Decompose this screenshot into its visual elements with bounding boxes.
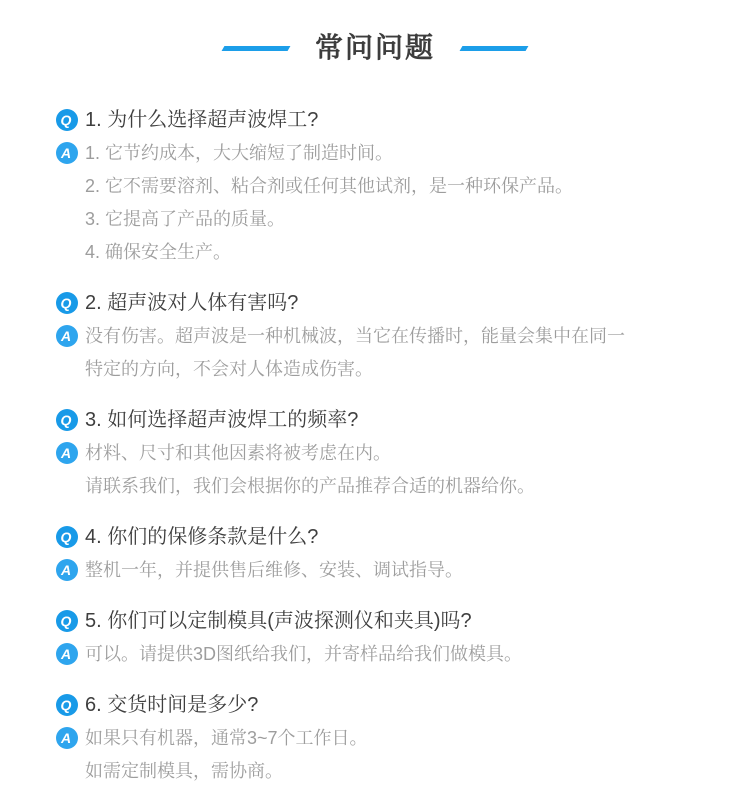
answer-text: 2. 它不需要溶剂、粘合剂或任何其他试剂，是一种环保产品。 [85,170,573,203]
faq-page: 常问问题 Q 1. 为什么选择超声波焊工? A 1. 它节约成本，大大缩短了制造… [0,0,750,806]
a-badge-icon: A [56,442,78,464]
a-badge-icon: A [56,643,78,665]
answer-text: 材料、尺寸和其他因素将被考虑在内。 [85,437,391,470]
question-row: Q 5. 你们可以定制模具(声波探测仪和夹具)吗? [56,605,710,638]
answer-text: 如需定制模具，需协商。 [85,755,283,788]
question-row: Q 4. 你们的保修条款是什么? [56,521,710,554]
faq-item: Q 4. 你们的保修条款是什么? A 整机一年，并提供售后维修、安装、调试指导。 [56,521,710,587]
a-badge-icon: A [56,727,78,749]
answer-text: 整机一年，并提供售后维修、安装、调试指导。 [85,554,463,587]
answer-row: A 3. 它提高了产品的质量。 [56,203,710,236]
faq-item: Q 6. 交货时间是多少? A 如果只有机器，通常3~7个工作日。 A 如需定制… [56,689,710,788]
answer-rows: A 材料、尺寸和其他因素将被考虑在内。 A 请联系我们，我们会根据你的产品推荐合… [56,437,710,503]
answer-text: 4. 确保安全生产。 [85,236,231,269]
q-badge-icon: Q [56,694,78,716]
answer-row: A 4. 确保安全生产。 [56,236,710,269]
answer-row: A 材料、尺寸和其他因素将被考虑在内。 [56,437,710,470]
q-badge-icon: Q [56,409,78,431]
question-text: 2. 超声波对人体有害吗? [85,287,298,320]
answer-rows: A 1. 它节约成本，大大缩短了制造时间。 A 2. 它不需要溶剂、粘合剂或任何… [56,137,710,269]
left-decor-line [222,46,291,51]
faq-list: Q 1. 为什么选择超声波焊工? A 1. 它节约成本，大大缩短了制造时间。 A… [0,62,750,788]
question-row: Q 2. 超声波对人体有害吗? [56,287,710,320]
faq-item: Q 3. 如何选择超声波焊工的频率? A 材料、尺寸和其他因素将被考虑在内。 A… [56,404,710,503]
question-text: 4. 你们的保修条款是什么? [85,521,318,554]
answer-row: A 可以。请提供3D图纸给我们，并寄样品给我们做模具。 [56,638,710,671]
answer-text: 没有伤害。超声波是一种机械波，当它在传播时，能量会集中在同一 [85,320,625,353]
a-badge-icon: A [56,325,78,347]
faq-item: Q 1. 为什么选择超声波焊工? A 1. 它节约成本，大大缩短了制造时间。 A… [56,104,710,269]
answer-row: A 如需定制模具，需协商。 [56,755,710,788]
question-text: 6. 交货时间是多少? [85,689,258,722]
answer-text: 可以。请提供3D图纸给我们，并寄样品给我们做模具。 [85,638,522,671]
answer-text: 如果只有机器，通常3~7个工作日。 [85,722,368,755]
faq-item: Q 2. 超声波对人体有害吗? A 没有伤害。超声波是一种机械波，当它在传播时，… [56,287,710,386]
answer-text: 特定的方向，不会对人体造成伤害。 [85,353,373,386]
page-title: 常问问题 [315,34,435,62]
question-text: 1. 为什么选择超声波焊工? [85,104,318,137]
question-row: Q 3. 如何选择超声波焊工的频率? [56,404,710,437]
answer-text: 1. 它节约成本，大大缩短了制造时间。 [85,137,393,170]
q-badge-icon: Q [56,292,78,314]
q-badge-icon: Q [56,109,78,131]
a-badge-icon: A [56,559,78,581]
answer-row: A 如果只有机器，通常3~7个工作日。 [56,722,710,755]
question-row: Q 1. 为什么选择超声波焊工? [56,104,710,137]
answer-rows: A 没有伤害。超声波是一种机械波，当它在传播时，能量会集中在同一 A 特定的方向… [56,320,710,386]
answer-rows: A 可以。请提供3D图纸给我们，并寄样品给我们做模具。 [56,638,710,671]
q-badge-icon: Q [56,610,78,632]
answer-rows: A 整机一年，并提供售后维修、安装、调试指导。 [56,554,710,587]
answer-row: A 特定的方向，不会对人体造成伤害。 [56,353,710,386]
answer-rows: A 如果只有机器，通常3~7个工作日。 A 如需定制模具，需协商。 [56,722,710,788]
question-row: Q 6. 交货时间是多少? [56,689,710,722]
answer-text: 请联系我们，我们会根据你的产品推荐合适的机器给你。 [85,470,535,503]
section-header: 常问问题 [0,0,750,62]
question-text: 3. 如何选择超声波焊工的频率? [85,404,358,437]
answer-row: A 1. 它节约成本，大大缩短了制造时间。 [56,137,710,170]
right-decor-line [460,46,529,51]
answer-text: 3. 它提高了产品的质量。 [85,203,285,236]
answer-row: A 没有伤害。超声波是一种机械波，当它在传播时，能量会集中在同一 [56,320,710,353]
answer-row: A 整机一年，并提供售后维修、安装、调试指导。 [56,554,710,587]
answer-row: A 请联系我们，我们会根据你的产品推荐合适的机器给你。 [56,470,710,503]
q-badge-icon: Q [56,526,78,548]
a-badge-icon: A [56,142,78,164]
answer-row: A 2. 它不需要溶剂、粘合剂或任何其他试剂，是一种环保产品。 [56,170,710,203]
faq-item: Q 5. 你们可以定制模具(声波探测仪和夹具)吗? A 可以。请提供3D图纸给我… [56,605,710,671]
question-text: 5. 你们可以定制模具(声波探测仪和夹具)吗? [85,605,472,638]
